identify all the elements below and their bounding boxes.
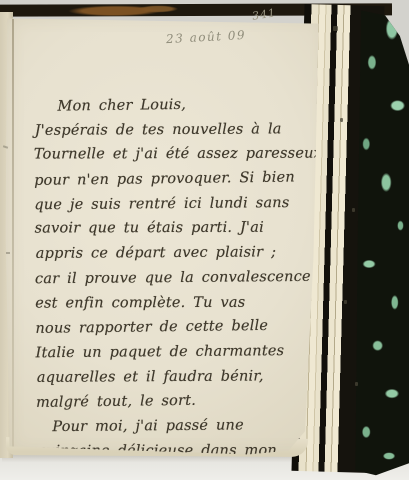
- handwriting-line: Tournelle et j'ai été assez paresseux: [34, 142, 322, 168]
- handwriting-line: que je suis rentré ici lundi sans: [34, 190, 322, 217]
- photographed-open-book: Mon cher Louis, J'espérais de tes nouvel…: [0, 0, 409, 480]
- fore-edge-speck: [344, 300, 347, 304]
- handwriting-line: malgré tout, le sort.: [36, 387, 324, 415]
- page-number-annotation: 341: [251, 6, 277, 23]
- marbled-cover-board: [352, 0, 409, 480]
- handwriting-line: nous rapporter de cette belle: [35, 313, 323, 341]
- handwriting-line: pour n'en pas provoquer. Si bien: [34, 165, 322, 193]
- letter-page: Mon cher Louis, J'espérais de tes nouvel…: [5, 13, 329, 457]
- handwriting-line: est enfin complète. Tu vas: [35, 290, 323, 316]
- fore-edge-speck: [355, 382, 358, 386]
- handwriting-block: Mon cher Louis, J'espérais de tes nouvel…: [33, 92, 324, 465]
- fore-edge-mark: [333, 26, 338, 31]
- handwriting-line: savoir que tu étais parti. J'ai: [35, 216, 323, 242]
- page-gutter-crease: [12, 19, 14, 449]
- handwriting-line: aquarelles et il faudra bénir,: [37, 364, 325, 390]
- handwriting-line: J'espérais de tes nouvelles à la: [35, 117, 323, 143]
- fore-edge-speck: [352, 208, 355, 212]
- handwriting-line: Pour moi, j'ai passé une: [36, 413, 324, 440]
- handwriting-line: car il prouve que la convalescence: [35, 265, 323, 292]
- handwriting-line: appris ce départ avec plaisir ;: [36, 240, 324, 266]
- handwriting-line: Mon cher Louis,: [33, 91, 321, 119]
- margin-pencil-mark: [6, 252, 10, 254]
- fore-edge-speck: [340, 118, 343, 122]
- handwriting-line: Italie un paquet de charmantes: [36, 339, 324, 366]
